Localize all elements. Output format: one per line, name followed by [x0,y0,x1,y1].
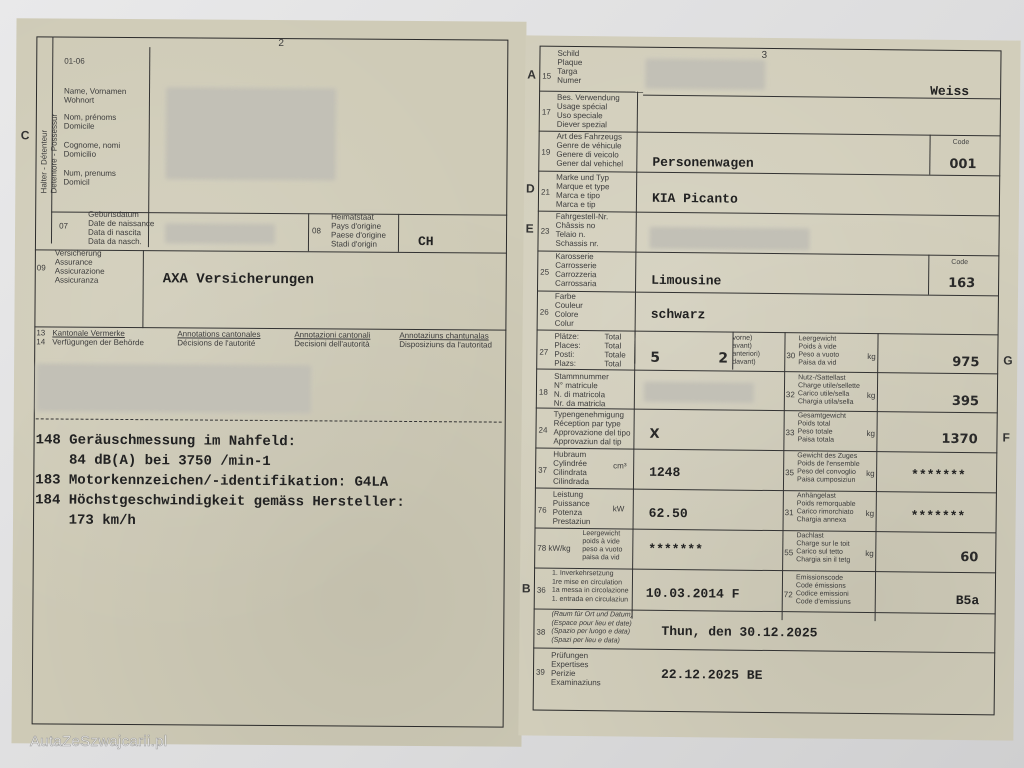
field-55-label: Dachlast Charge sur le toit Carico sul t… [796,532,850,565]
place-date-value: Thun, den 30.12.2025 [661,624,817,641]
field-30-number: 30 [786,351,795,360]
field-25-number: 25 [540,268,549,277]
decisions-rm-label: Disposiziuns da l'autoritad [399,340,492,350]
field-08-number: 08 [312,226,321,235]
holder-vertical-label: Halter - Détenteur [39,130,48,194]
field-78-number: 78 kW/kg [537,544,570,553]
field-39-label: Prüfungen Expertises Perizie Examinaziun… [551,651,601,688]
field-24-number: 24 [538,426,547,435]
notes-line-2: 84 dB(A) bei 3750 /min-1 [35,450,270,472]
field-23-number: 23 [541,227,550,236]
watermark: AutaZeSzwajcarii.pl [30,733,167,750]
field-15-label: Schild Plaque Targa Numer [557,49,582,85]
side-letter-g: G [1003,353,1012,367]
field-09-label: Versicherung Assurance Assicurazione Ass… [55,249,105,285]
color-value: schwarz [651,307,706,323]
first-registration-value: 10.03.2014 F [646,586,740,602]
field-55-number: 55 [784,548,793,557]
field-name-label-rm: Num, prenums Domicil [63,169,116,187]
field-78-label: Leergewicht poids à vide peso a vuoto pa… [582,530,622,562]
birthdate-redacted [165,223,275,244]
field-32-unit: kg [867,391,876,400]
field-26-number: 26 [540,308,549,317]
field-26-label: Farbe Couleur Colore Colur [555,292,583,328]
field-72-label: Emissionscode Code émissions Codice emis… [796,574,851,607]
field-33-unit: kg [866,429,875,438]
page-number-left: 2 [278,38,284,49]
field-08-label: Heimatstaat Pays d'origine Paese d'origi… [331,212,386,248]
right-page: 3 A 15 Schild Plaque Targa Numer Weiss 1… [518,35,1020,740]
side-letter-d: D [526,181,535,195]
field-35-label: Gewicht des Zuges Poids de l'ensemble Pe… [797,452,860,485]
field-07-label: Geburtsdatum Date de naissance Data di n… [88,210,155,246]
country-of-origin-value: CH [418,234,434,249]
body-type-code-value: 163 [948,276,975,291]
field-07-number: 07 [59,222,68,231]
field-18-number: 18 [539,388,548,397]
field-name-label-de: Name, Vornamen Wohnort [64,87,126,105]
field-36-number: 36 [537,586,546,595]
field-21-label: Marke und Typ Marque et type Marca e tip… [556,173,610,210]
field-55-unit: kg [865,549,874,558]
payload-value: 395 [952,394,979,409]
field-24-label: Typengenehmigung Réception par type Appr… [553,410,630,447]
field-72-number: 72 [784,590,793,599]
field-32-number: 32 [786,390,795,399]
field-13-number: 13 [36,328,45,337]
field-39-number: 39 [536,668,545,677]
chassis-number-redacted [649,227,809,251]
field-27-number: 27 [539,348,548,357]
notes-line-5: 173 km/h [35,510,136,531]
field-32-label: Nutz-/Sattellast Charge utile/sellette C… [798,374,860,407]
annotations-redacted [36,363,311,413]
field-18-label: Stammnummer N° matricule N. di matricola… [554,372,609,409]
field-38-label: (Raum für Ort und Datum) (Espace pour li… [551,611,633,646]
power-value: 62.50 [649,506,688,521]
field-30-unit: kg [867,352,876,361]
field-name-label-fr: Nom, prénoms Domicile [64,113,117,131]
field-38-number: 38 [536,628,545,637]
left-page: 2 C Halter - Détenteur Detentore - Posse… [11,18,526,747]
field-27-total-label: Total Total Totale Total [604,332,626,368]
vehicle-type-value: Personenwagen [652,155,754,171]
field-name-label-it: Cognome, nomi Domicilio [64,141,121,159]
field-37-number: 37 [538,466,547,475]
field-30-label: Leergewicht Poids à vide Peso a vuoto Pa… [798,335,839,367]
emission-code-value: B5a [956,593,980,608]
field-19-label: Art des Fahrzeugs Genre de véhicule Gene… [556,132,623,169]
field-01-06-number: 01-06 [64,57,85,66]
side-letter-c: C [21,128,30,142]
field-25-label: Karosserie Carrosserie Carrozzeria Carro… [555,252,597,288]
seats-total-value: 5 [650,350,660,366]
train-weight-value: ******* [911,467,966,483]
empty-weight-value: 975 [952,355,979,370]
field-33-label: Gesamtgewicht Poids total Peso totale Pa… [797,412,846,445]
field-14-number: 14 [36,337,45,346]
field-31-unit: kg [866,509,875,518]
vehicle-type-code-label: Code [953,139,970,146]
displacement-value: 1248 [649,465,680,480]
power-weight-ratio-value: ******* [648,542,703,558]
side-letter-e: E [526,221,534,235]
field-21-number: 21 [541,188,550,197]
insurance-value: AXA Versicherungen [163,271,314,288]
master-number-redacted [644,382,754,403]
type-approval-value: X [649,427,659,442]
field-15-number: 15 [542,72,551,81]
seats-front-label: vorne) avant) anteriori) davant) [732,335,760,367]
field-19-number: 19 [541,148,550,157]
field-37-unit: cm³ [613,461,626,470]
holder-name-redacted [165,87,336,180]
total-weight-value: 1370 [941,432,977,447]
plate-number-redacted [645,59,765,90]
side-letter-b: B [522,581,531,595]
field-09-number: 09 [37,263,46,272]
inspection-value: 22.12.2025 BE [661,667,763,683]
field-36-label: 1. Inverkehrsetzung 1re mise en circulat… [552,570,629,605]
field-17-number: 17 [542,108,551,117]
field-37-label: Hubraum Cylindrée Cilindrata Cilindrada [553,450,589,486]
field-76-label: Leistung Puissance Potenza Prestaziun [553,490,591,526]
side-letter-f: F [1002,430,1009,444]
body-type-value: Limousine [651,273,721,289]
field-31-number: 31 [785,508,794,517]
field-23-label: Fahrgestell-Nr. Châssis no Telaio n. Sch… [555,212,608,249]
seats-front-value: 2 [718,350,728,366]
field-76-number: 76 [538,506,547,515]
field-35-number: 35 [785,468,794,477]
notes-line-1: 148 Geräuschmessung im Nahfeld: [36,430,297,452]
roof-load-value: 60 [960,550,978,565]
field-33-number: 33 [785,428,794,437]
towing-capacity-value: ******* [911,508,966,524]
side-letter-a: A [527,67,536,81]
field-76-unit: kW [613,504,625,513]
decisions-de-label: Verfügungen der Behörde [52,337,144,347]
field-31-label: Anhängelast Poids remorquable Carico rim… [797,492,856,525]
field-27-label: Plätze: Places: Posti: Plazs: [554,332,581,368]
body-type-code-label: Code [951,259,968,266]
field-35-unit: kg [866,469,875,478]
make-model-value: KIA Picanto [652,191,738,207]
decisions-fr-label: Décisions de l'autorité [177,338,255,348]
decisions-it-label: Decisioni dell'autorità [294,339,369,349]
vehicle-type-code-value: 001 [949,157,976,172]
field-17-label: Bes. Verwendung Usage spécial Uso specia… [557,93,620,130]
